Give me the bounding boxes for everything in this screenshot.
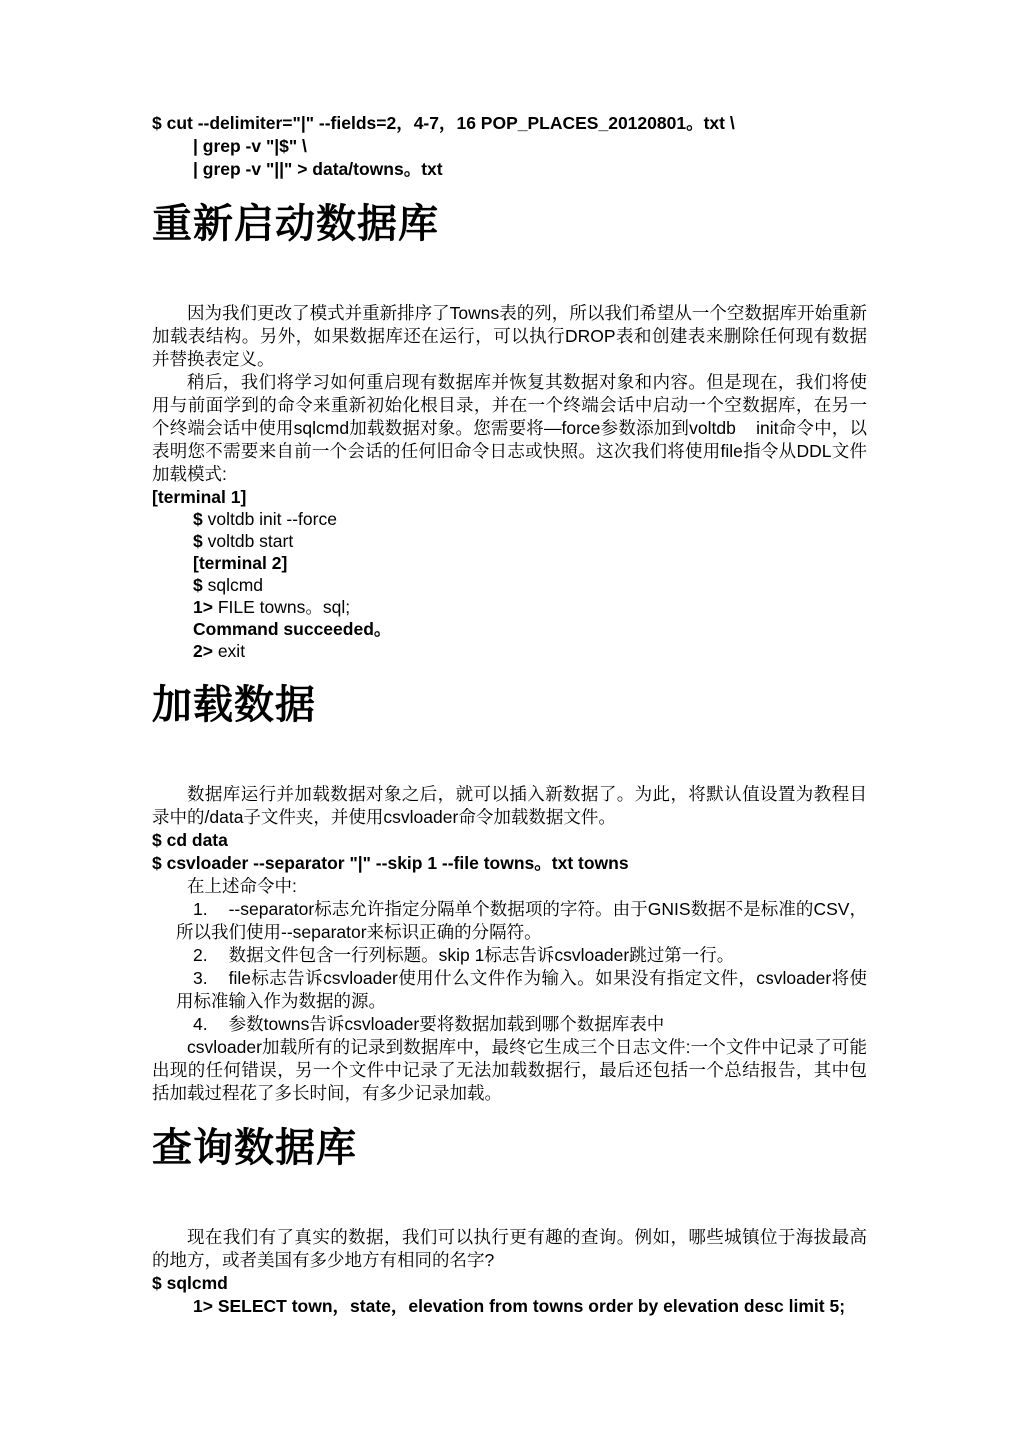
shell-command-block-cut: $ cut --delimiter="|" --fields=2，4-7，16 … — [152, 112, 867, 181]
command-text: voltdb init --force — [208, 509, 337, 529]
list-text: file标志告诉csvloader使用什么文件作为输入。如果没有指定文件，csv… — [176, 968, 867, 1011]
terminal-2-label-text: [terminal 2] — [193, 553, 287, 573]
paragraph-load-2: csvloader加载所有的记录到数据库中，最终它生成三个日志文件:一个文件中记… — [152, 1036, 867, 1105]
command-text: voltdb start — [208, 531, 294, 551]
heading-restart-database: 重新启动数据库 — [152, 202, 867, 246]
terminal-command-file-towns: 1> FILE towns。sql; — [193, 596, 867, 618]
terminal-output-command-succeeded: Command succeeded。 — [193, 618, 867, 640]
shell-command-line-1: $ cut --delimiter="|" --fields=2，4-7，16 … — [152, 112, 867, 135]
list-text: 参数towns告诉csvloader要将数据加载到哪个数据库表中 — [229, 1014, 665, 1034]
terminal-command-sqlcmd: $ sqlcmd — [193, 574, 867, 596]
shell-command-line-2: | grep -v "|$" \ — [193, 135, 867, 158]
shell-command-cd-data: $ cd data — [152, 829, 867, 852]
prompt: $ — [193, 531, 203, 551]
command-text: sqlcmd — [208, 575, 263, 595]
list-item-2: 2.数据文件包含一行列标题。skip 1标志告诉csvloader跳过第一行。 — [176, 944, 867, 967]
list-number: 1. — [193, 899, 208, 919]
shell-command-csvloader: $ csvloader --separator "|" --skip 1 --f… — [152, 852, 867, 875]
ordered-list: 1.--separator标志允许指定分隔单个数据项的字符。由于GNIS数据不是… — [152, 898, 867, 1036]
list-item-1: 1.--separator标志允许指定分隔单个数据项的字符。由于GNIS数据不是… — [176, 898, 867, 944]
shell-command-sqlcmd: $ sqlcmd — [152, 1272, 867, 1295]
heading-query-database: 查询数据库 — [152, 1126, 867, 1170]
list-number: 3. — [193, 968, 208, 988]
paragraph-load-1: 数据库运行并加载数据对象之后，就可以插入新数据了。为此，将默认值设置为教程目录中… — [152, 783, 867, 829]
prompt: $ — [193, 509, 203, 529]
paragraph-restart-1: 因为我们更改了模式并重新排序了Towns表的列，所以我们希望从一个空数据库开始重… — [152, 302, 867, 371]
document-content: $ cut --delimiter="|" --fields=2，4-7，16 … — [152, 112, 867, 1318]
terminal-command-voltdb-init: $ voltdb init --force — [193, 508, 867, 530]
terminal-1-label-text: [terminal 1] — [152, 487, 246, 507]
terminal-command-voltdb-start: $ voltdb start — [193, 530, 867, 552]
list-text: --separator标志允许指定分隔单个数据项的字符。由于GNIS数据不是标准… — [176, 899, 867, 942]
list-intro: 在上述命令中: — [152, 875, 867, 898]
command-text: FILE towns。sql; — [218, 597, 350, 617]
prompt: $ — [193, 575, 203, 595]
terminal-1-label: [terminal 1] — [152, 486, 867, 508]
shell-command-line-3: | grep -v "||" > data/towns。txt — [193, 158, 867, 181]
list-number: 4. — [193, 1014, 208, 1034]
terminal-session-block: [terminal 1] $ voltdb init --force $ vol… — [152, 486, 867, 662]
terminal-command-exit: 2> exit — [193, 640, 867, 662]
list-item-4: 4.参数towns告诉csvloader要将数据加载到哪个数据库表中 — [176, 1013, 867, 1036]
list-item-3: 3.file标志告诉csvloader使用什么文件作为输入。如果没有指定文件，c… — [176, 967, 867, 1013]
paragraph-query-1: 现在我们有了真实的数据，我们可以执行更有趣的查询。例如，哪些城镇位于海拔最高的地… — [152, 1226, 867, 1272]
document-page: $ cut --delimiter="|" --fields=2，4-7，16 … — [0, 0, 1019, 1440]
sql-command-select: 1> SELECT town，state，elevation from town… — [193, 1295, 867, 1318]
paragraph-restart-2: 稍后，我们将学习如何重启现有数据库并恢复其数据对象和内容。但是现在，我们将使用与… — [152, 371, 867, 486]
list-number: 2. — [193, 945, 208, 965]
prompt: 2> — [193, 641, 213, 661]
list-text: 数据文件包含一行列标题。skip 1标志告诉csvloader跳过第一行。 — [229, 945, 735, 965]
heading-load-data: 加载数据 — [152, 683, 867, 727]
terminal-output-text: Command succeeded。 — [193, 619, 391, 639]
command-text: exit — [218, 641, 245, 661]
prompt: 1> — [193, 597, 213, 617]
terminal-2-label: [terminal 2] — [193, 552, 867, 574]
